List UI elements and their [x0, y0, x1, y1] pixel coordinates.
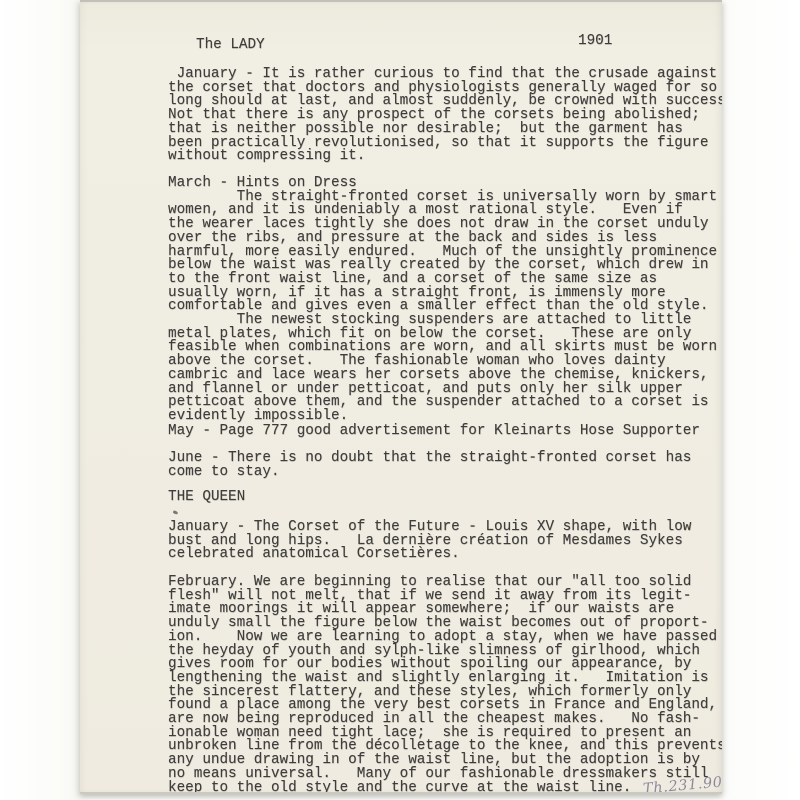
masthead-year: 1901 — [578, 35, 612, 49]
entry-january-queen: January - The Corset of the Future - Lou… — [168, 521, 691, 562]
section-heading-the-queen: THE QUEEN — [168, 491, 245, 505]
entry-february-queen: February. We are beginning to realise th… — [168, 576, 722, 794]
entry-march-hints-on-dress: March - Hints on Dress The straight-fron… — [168, 177, 717, 424]
document-page: The LADY 1901 January - It is rather cur… — [80, 0, 722, 794]
entry-january-lady: January - It is rather curious to find t… — [168, 68, 722, 164]
scan-background: The LADY 1901 January - It is rather cur… — [0, 0, 800, 800]
entry-may: May - Page 777 good advertisement for Kl… — [168, 425, 700, 439]
masthead-publication-title: The LADY — [196, 39, 265, 53]
entry-june: June - There is no doubt that the straig… — [168, 452, 691, 479]
stray-pencil-mark — [173, 510, 179, 515]
